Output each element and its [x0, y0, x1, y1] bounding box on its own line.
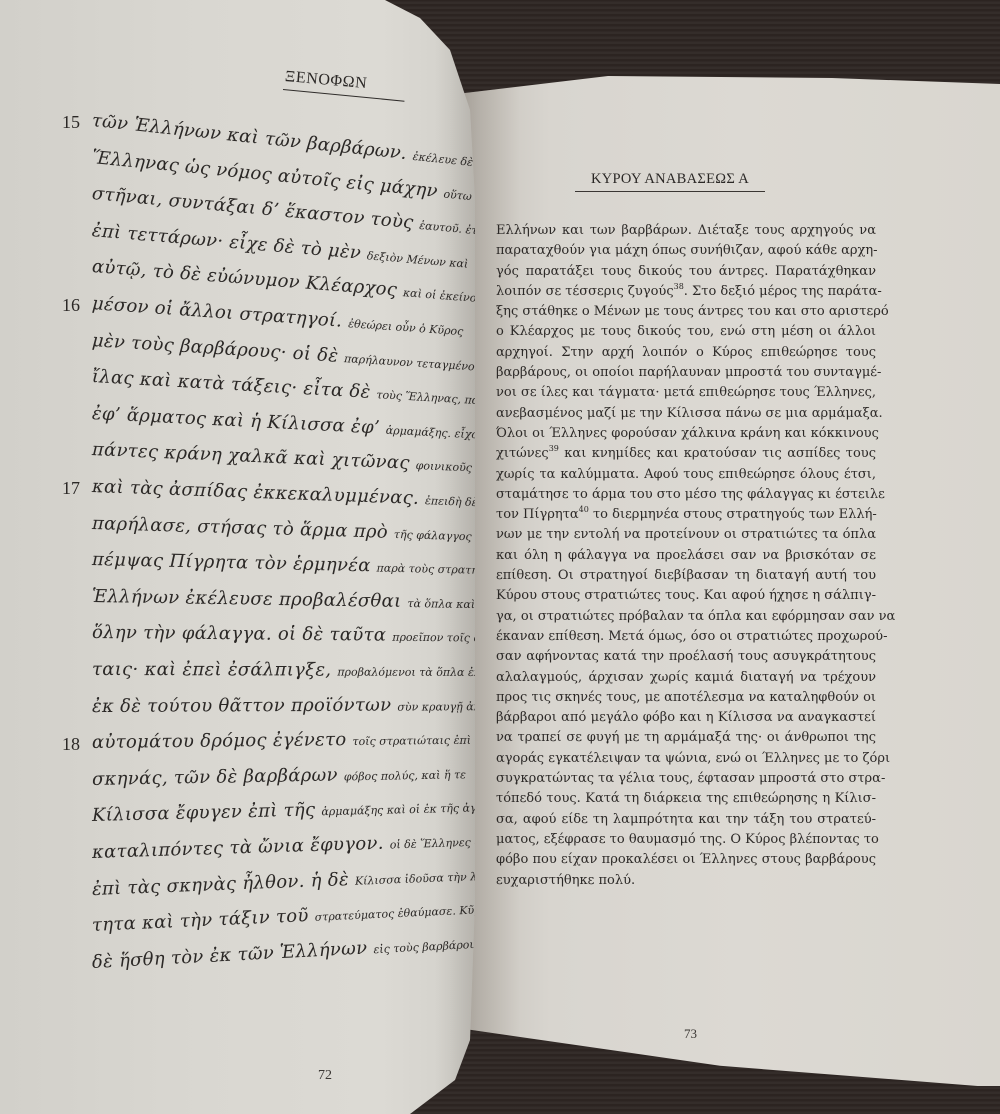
line-text-tail: δεξιὸν Μένων καὶ: [366, 249, 468, 271]
text-line: επίθεση. Οι στρατηγοί διεβίβασαν τη διατ…: [496, 566, 876, 586]
line-text: αρχηγοί. Στην αρχή λοιπόν ο Κύρος επιθεώ…: [496, 345, 876, 360]
line-text: ματος, εξέφρασε το θαυμασμό της. Ο Κύρος…: [496, 832, 879, 847]
text-line: τον Πίγρητα40 το διερμηνέα στους στρατηγ…: [496, 505, 876, 525]
line-text: ἴλας καὶ κατὰ τάξεις· εἶτα δὲ: [91, 366, 371, 403]
line-text-tail: τῆς φάλαγγος: [394, 528, 472, 543]
line-text-tail: καὶ οἱ ἐκείνου: [403, 287, 484, 306]
line-text: τον Πίγρητα: [496, 507, 579, 522]
text-line: ξης στάθηκε ο Μένων με τους άντρες του κ…: [496, 302, 876, 322]
line-text: νων με την εντολή να προτείνουν οι στρατ…: [496, 527, 876, 542]
line-text: αὐτῷ, τὸ δὲ εὐώνυμον Κλέαρχος: [91, 256, 398, 301]
text-line: ἐκ δὲ τούτου θᾶττον προϊόντων σὺν κραυγῇ…: [92, 694, 511, 717]
line-text: ξης στάθηκε ο Μένων με τους άντρες του κ…: [496, 304, 889, 319]
line-text: τόπεδό τους. Κατά τη διάρκεια της επιθεώ…: [496, 791, 876, 806]
line-text: Ελλήνων και των βαρβάρων. Διέταξε τους α…: [496, 223, 876, 238]
text-line: Ελλήνων και των βαρβάρων. Διέταξε τους α…: [496, 221, 876, 241]
text-line: φόβο που είχαν προκαλέσει οι Έλληνες στο…: [496, 850, 876, 870]
verse-number: 17: [62, 478, 80, 499]
line-text: γός παρατάξει τους δικούς του άντρες. Πα…: [496, 264, 876, 279]
line-text: το διερμηνέα στους στρατηγούς των Ελλή-: [589, 507, 877, 522]
text-line: σταμάτησε το άρμα του στο μέσο της φάλαγ…: [496, 485, 876, 505]
footnote-marker: 40: [579, 505, 589, 514]
line-text: δὲ ἥσθη τὸν ἐκ τῶν Ἑλλήνων: [91, 937, 367, 972]
text-line: να τραπεί σε φυγή με τη αρμάμαξά της· οι…: [496, 728, 876, 748]
text-line: βάρβαροι από μεγάλο φόβο και η Κίλισσα ν…: [496, 708, 876, 728]
line-text: . Στο δεξιό μέρος της παράτα-: [684, 284, 882, 299]
text-line: και όλη η φάλαγγα να προελάσει σαν να βρ…: [496, 546, 876, 566]
right-page: ΚΥΡΟΥ ΑΝΑΒΑΣΕΩΣ Α Ελλήνων και των βαρβάρ…: [440, 76, 1000, 1086]
line-text: ἐπὶ τεττάρων· εἶχε δὲ τὸ μὲν: [91, 220, 362, 264]
line-text: πέμψας Πίγρητα τὸν ἑρμηνέα: [92, 549, 371, 576]
text-line: ανεβασμένος μαζί με την Κίλισσα πάνω σε …: [496, 404, 876, 424]
text-line: βαρβάρους, οι οποίοι παρήλαυναν μπροστά …: [496, 363, 876, 383]
line-text: μέσον οἱ ἄλλοι στρατηγοί.: [91, 293, 343, 332]
line-text: πάντες κράνη χαλκᾶ καὶ χιτῶνας: [92, 439, 411, 474]
text-line: αρχηγοί. Στην αρχή λοιπόν ο Κύρος επιθεώ…: [496, 343, 876, 363]
verse-number: 16: [62, 295, 80, 316]
line-text: λοιπόν σε τέσσερις ζυγούς: [496, 284, 674, 299]
text-line: γός παρατάξει τους δικούς του άντρες. Πα…: [496, 262, 876, 282]
line-text: έκαναν επίθεση. Μετά όμως, όσο οι στρατι…: [496, 629, 887, 644]
line-text: χωρίς τα καλύμματα. Αφού τους επιθεώρησε…: [496, 467, 876, 482]
line-text: ἐφ’ ἅρματος καὶ ἡ Κίλισσα ἐφ’: [91, 403, 380, 438]
line-text: Ἑλλήνων ἐκέλευσε προβαλέσθαι: [92, 586, 402, 612]
footnote-marker: 38: [674, 282, 684, 291]
text-line: Κύρου στους στρατιώτες τους. Και αφού ήχ…: [496, 586, 876, 606]
line-text: σαν αφήνοντας κατά την προέλασή τους ασυ…: [496, 649, 876, 664]
left-page: ΞΕΝΟΦΩΝ 15τῶν Ἑλλήνων καὶ τῶν βαρβάρων. …: [0, 0, 475, 1114]
footnote-marker: 39: [549, 444, 559, 453]
text-line: Όλοι οι Έλληνες φορούσαν χάλκινα κράνη κ…: [496, 424, 876, 444]
text-line: λοιπόν σε τέσσερις ζυγούς38. Στο δεξιό μ…: [496, 282, 876, 302]
line-text: σταμάτησε το άρμα του στο μέσο της φάλαγ…: [496, 487, 885, 502]
line-text: καταλιπόντες τὰ ὤνια ἔφυγον.: [92, 833, 384, 863]
line-text: ταις· καὶ ἐπεὶ ἐσάλπιγξε,: [92, 659, 331, 681]
line-text: ανεβασμένος μαζί με την Κίλισσα πάνω σε …: [496, 406, 883, 421]
line-text: αὐτομάτου δρόμος ἐγένετο: [92, 729, 347, 753]
line-text: βάρβαροι από μεγάλο φόβο και η Κίλισσα ν…: [496, 710, 876, 725]
line-text-tail: ἐθεώρει οὖν ὁ Κῦρος: [348, 317, 464, 338]
right-page-body: Ελλήνων και των βαρβάρων. Διέταξε τους α…: [496, 221, 876, 891]
text-line: νων με την εντολή να προτείνουν οι στρατ…: [496, 525, 876, 545]
verse-number: 15: [62, 112, 80, 133]
text-line: γα, οι στρατιώτες πρόβαλαν τα όπλα και ε…: [496, 607, 876, 627]
line-text: παρήλασε, στήσας τὸ ἅρμα πρὸ: [92, 513, 389, 543]
line-text-tail: ἐκέλευε δὲ: [412, 150, 474, 169]
line-text: σκηνάς, τῶν δὲ βαρβάρων: [92, 764, 338, 789]
line-text: νοι σε ίλες και τάγματα· μετά επιθεώρησε…: [496, 385, 876, 400]
line-text-tail: τοῖς στρατιώταις ἐπὶ τὰς: [352, 734, 494, 749]
line-text: παραταχθούν για μάχη όπως συνήθιζαν, αφο…: [496, 243, 878, 258]
line-text: σα, αφού είδε τη λαμπρότητα και την τάξη…: [496, 812, 876, 827]
line-text: ευχαριστήθηκε πολύ.: [496, 873, 635, 888]
line-text: ὅλην τὴν φάλαγγα. οἱ δὲ ταῦτα: [92, 622, 386, 646]
line-text: αλαλαγμούς, άρχισαν χωρίς καμιά διαταγή …: [496, 670, 876, 685]
line-text: να τραπεί σε φυγή με τη αρμάμαξά της· οι…: [496, 730, 876, 745]
line-text-tail: παρήλαυνον τεταγμένοι: [344, 352, 480, 374]
text-line: αὐτομάτου δρόμος ἐγένετο τοῖς στρατιώται…: [92, 728, 494, 754]
text-line: σα, αφού είδε τη λαμπρότητα και την τάξη…: [496, 810, 876, 830]
text-line: ἐφ’ ἅρματος καὶ ἡ Κίλισσα ἐφ’ ἁρμαμάξης.…: [91, 403, 485, 444]
text-line: παρήλασε, στήσας τὸ ἅρμα πρὸ τῆς φάλαγγο…: [92, 513, 472, 545]
line-text: αγοράς εγκατέλειψαν τα ψώνια, ενώ οι Έλλ…: [496, 751, 890, 766]
line-text: επίθεση. Οι στρατηγοί διεβίβασαν τη διατ…: [496, 568, 876, 583]
text-line: ὅλην τὴν φάλαγγα. οἱ δὲ ταῦτα προεῖπον τ…: [92, 622, 524, 647]
verse-number: 18: [62, 734, 80, 755]
line-text: ἐπὶ τὰς σκηνὰς ἦλθον. ἡ δὲ: [92, 869, 350, 900]
page-number-right: 73: [684, 1026, 697, 1042]
text-line: τητα καὶ τὴν τάξιν τοῦ στρατεύματος ἐθαύ…: [92, 897, 494, 936]
line-text: συγκρατώντας τα γέλια τους, έφτασαν μπρο…: [496, 771, 885, 786]
line-text: και όλη η φάλαγγα να προελάσει σαν να βρ…: [496, 548, 876, 563]
text-line: ματος, εξέφρασε το θαυμασμό της. Ο Κύρος…: [496, 830, 876, 850]
line-text: φόβο που είχαν προκαλέσει οι Έλληνες στο…: [496, 852, 876, 867]
line-text-tail: ἁρμαμάξης. εἶχον: [385, 424, 485, 442]
line-text: ἐκ δὲ τούτου θᾶττον προϊόντων: [92, 694, 391, 716]
text-line: έκαναν επίθεση. Μετά όμως, όσο οι στρατι…: [496, 627, 876, 647]
line-text-tail: φόβος πολύς, καὶ ἥ τε: [344, 768, 466, 783]
text-line: χωρίς τα καλύμματα. Αφού τους επιθεώρησε…: [496, 465, 876, 485]
text-line: ο Κλέαρχος με τους δικούς του, ενώ στη μ…: [496, 322, 876, 342]
text-line: παραταχθούν για μάχη όπως συνήθιζαν, αφο…: [496, 241, 876, 261]
line-text: Όλοι οι Έλληνες φορούσαν χάλκινα κράνη κ…: [496, 426, 879, 441]
line-text: και κνημίδες και κρατούσαν τις ασπίδες τ…: [559, 446, 876, 461]
text-line: τόπεδό τους. Κατά τη διάρκεια της επιθεώ…: [496, 789, 876, 809]
text-line: αλαλαγμούς, άρχισαν χωρίς καμιά διαταγή …: [496, 668, 876, 688]
page-number-left: 72: [318, 1068, 332, 1084]
line-text: ο Κλέαρχος με τους δικούς του, ενώ στη μ…: [496, 324, 876, 339]
line-text: βαρβάρους, οι οποίοι παρήλαυναν μπροστά …: [496, 365, 881, 380]
text-line: χιτώνες39 και κνημίδες και κρατούσαν τις…: [496, 444, 876, 464]
text-line: νοι σε ίλες και τάγματα· μετά επιθεώρησε…: [496, 383, 876, 403]
line-text: χιτώνες: [496, 446, 549, 461]
line-text: Κίλισσα ἔφυγεν ἐπὶ τῆς: [92, 800, 316, 827]
line-text: τητα καὶ τὴν τάξιν τοῦ: [92, 905, 310, 936]
line-text: καὶ τὰς ἀσπίδας ἐκκεκαλυμμένας.: [92, 476, 420, 509]
text-line: προς τις σκηνές τους, με αποτέλεσμα να κ…: [496, 688, 876, 708]
text-line: ταις· καὶ ἐπεὶ ἐσάλπιγξε, προβαλόμενοι τ…: [92, 659, 513, 681]
line-text: γα, οι στρατιώτες πρόβαλαν τα όπλα και ε…: [496, 609, 895, 624]
text-line: ευχαριστήθηκε πολύ.: [496, 871, 876, 891]
line-text: Κύρου στους στρατιώτες τους. Και αφού ήχ…: [496, 588, 876, 603]
text-line: αγοράς εγκατέλειψαν τα ψώνια, ενώ οι Έλλ…: [496, 749, 876, 769]
text-line: σκηνάς, τῶν δὲ βαρβάρων φόβος πολύς, καὶ…: [92, 762, 466, 790]
text-line: συγκρατώντας τα γέλια τους, έφτασαν μπρο…: [496, 769, 876, 789]
running-head-right: ΚΥΡΟΥ ΑΝΑΒΑΣΕΩΣ Α: [575, 171, 765, 192]
line-text: μὲν τοὺς βαρβάρους· οἱ δὲ: [91, 330, 339, 367]
text-line: σαν αφήνοντας κατά την προέλασή τους ασυ…: [496, 647, 876, 667]
line-text: προς τις σκηνές τους, με αποτέλεσμα να κ…: [496, 690, 876, 705]
